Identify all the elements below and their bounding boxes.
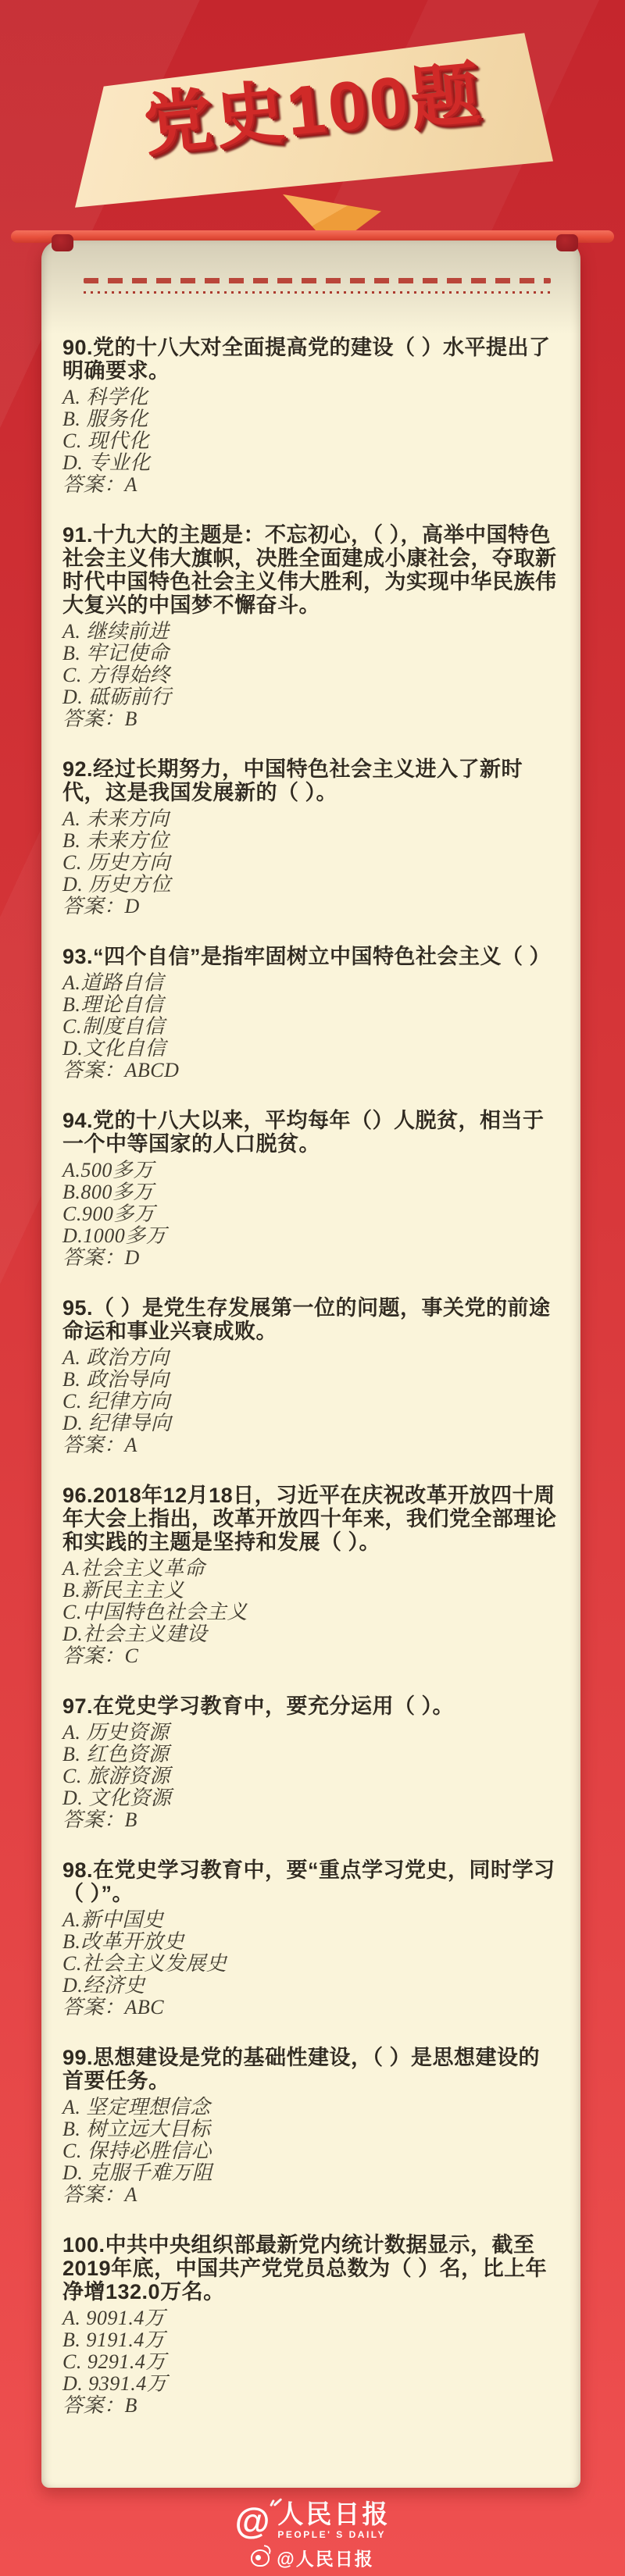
question-title: 97.在党史学习教育中，要充分运用（ ）。 <box>62 1694 560 1718</box>
peoples-daily-logo: @ 人民日报 PEOPLE' S DAILY <box>235 2501 391 2539</box>
option-item: D. 克服千难万阻 <box>62 2162 560 2184</box>
option-item: A. 未来方向 <box>62 808 560 830</box>
option-item: A.新中国史 <box>62 1909 560 1931</box>
question-text: 党的十八大对全面提高党的建设（ ）水平提出了明确要求。 <box>62 336 551 383</box>
weibo-text: @人民日报 <box>277 2545 373 2571</box>
answer-line: 答案：B <box>62 2395 560 2417</box>
question-number: 90. <box>62 336 93 359</box>
option-item: D.文化自信 <box>62 1038 560 1060</box>
answer-value: B <box>125 2394 137 2417</box>
answer-value: C <box>125 1644 139 1667</box>
question-number: 92. <box>62 757 93 781</box>
rod-knob-right <box>556 234 578 251</box>
question-number: 100. <box>62 2233 105 2257</box>
question-number: 91. <box>62 523 93 547</box>
poster-background: { "banner": { "title": "党史100题" }, "pape… <box>0 0 625 2576</box>
option-list: A.500多万B.800多万C.900多万D.1000多万 <box>62 1160 560 1247</box>
option-item: B. 政治导向 <box>62 1369 560 1391</box>
option-item: D. 文化资源 <box>62 1787 560 1809</box>
answer-line: 答案：A <box>62 1434 560 1456</box>
answer-line: 答案：D <box>62 1247 560 1269</box>
option-item: C.社会主义发展史 <box>62 1953 560 1975</box>
question-block: 100.中共中央组织部最新党内统计数据显示，截至2019年底，中国共产党党员总数… <box>62 2233 560 2417</box>
option-item: D. 砥砺前行 <box>62 686 560 708</box>
quiz-paper: 90.党的十八大对全面提高党的建设（ ）水平提出了明确要求。 A. 科学化B. … <box>41 240 580 2488</box>
option-list: A.道路自信B.理论自信C.制度自信D.文化自信 <box>62 972 560 1060</box>
option-item: C.中国特色社会主义 <box>62 1602 560 1623</box>
question-text: 在党史学习教育中，要充分运用（ ）。 <box>93 1694 454 1718</box>
question-block: 92.经过长期努力，中国特色社会主义进入了新时代，这是我国发展新的（ ）。 A.… <box>62 757 560 917</box>
answer-line: 答案：A <box>62 2184 560 2206</box>
answer-line: 答案：ABCD <box>62 1060 560 1081</box>
option-item: D. 纪律导向 <box>62 1413 560 1434</box>
answer-value: ABC <box>125 1996 165 2018</box>
option-item: B.800多万 <box>62 1181 560 1203</box>
option-list: A. 未来方向B. 未来方位C. 历史方向D. 历史方位 <box>62 808 560 896</box>
option-item: A. 9091.4万 <box>62 2307 560 2329</box>
questions: 90.党的十八大对全面提高党的建设（ ）水平提出了明确要求。 A. 科学化B. … <box>41 294 580 2475</box>
answer-label: 答案： <box>62 1059 125 1081</box>
question-title: 94.党的十八大以来，平均每年（）人脱贫，相当于一个中等国家的人口脱贫。 <box>62 1109 560 1156</box>
option-item: B. 树立远大目标 <box>62 2118 560 2140</box>
title-banner: 党史100题 <box>75 31 553 209</box>
answer-value: D <box>125 895 140 917</box>
option-item: C. 旅游资源 <box>62 1765 560 1787</box>
answer-label: 答案： <box>62 1644 125 1667</box>
answer-label: 答案： <box>62 1808 125 1831</box>
option-list: A. 科学化B. 服务化C. 现代化D. 专业化 <box>62 387 560 474</box>
option-list: A. 9091.4万B. 9191.4万C. 9291.4万D. 9391.4万 <box>62 2307 560 2395</box>
option-item: D.经济史 <box>62 1975 560 1997</box>
answer-value: D <box>125 1246 140 1269</box>
option-item: C. 9291.4万 <box>62 2351 560 2373</box>
question-text: （ ）是党生存发展第一位的问题，事关党的前途命运和事业兴衰成败。 <box>62 1296 551 1343</box>
question-title: 100.中共中央组织部最新党内统计数据显示，截至2019年底，中国共产党党员总数… <box>62 2233 560 2303</box>
option-list: A. 坚定理想信念B. 树立远大目标C. 保持必胜信心D. 克服千难万阻 <box>62 2097 560 2184</box>
rod-knob-left <box>52 234 73 251</box>
question-text: 在党史学习教育中，要“重点学习党史，同时学习（ ）”。 <box>62 1858 555 1905</box>
answer-line: 答案：B <box>62 1809 560 1831</box>
option-item: C. 保持必胜信心 <box>62 2140 560 2162</box>
option-item: B. 红色资源 <box>62 1744 560 1765</box>
option-item: C.制度自信 <box>62 1016 560 1038</box>
at-icon: @ <box>235 2503 270 2539</box>
question-block: 91.十九大的主题是：不忘初心，（ ），高举中国特色社会主义伟大旗帜，决胜全面建… <box>62 523 560 730</box>
answer-label: 答案： <box>62 2183 125 2206</box>
option-item: B. 未来方位 <box>62 830 560 852</box>
answer-value: ABCD <box>125 1059 180 1081</box>
question-text: 党的十八大以来，平均每年（）人脱贫，相当于一个中等国家的人口脱贫。 <box>62 1109 545 1156</box>
option-item: A.道路自信 <box>62 972 560 994</box>
question-block: 98.在党史学习教育中，要“重点学习党史，同时学习（ ）”。 A.新中国史B.改… <box>62 1858 560 2018</box>
option-item: B.新民主主义 <box>62 1580 560 1602</box>
answer-label: 答案： <box>62 1246 125 1269</box>
question-block: 90.党的十八大对全面提高党的建设（ ）水平提出了明确要求。 A. 科学化B. … <box>62 336 560 496</box>
question-title: 91.十九大的主题是：不忘初心，（ ），高举中国特色社会主义伟大旗帜，决胜全面建… <box>62 523 560 617</box>
question-title: 95.（ ）是党生存发展第一位的问题，事关党的前途命运和事业兴衰成败。 <box>62 1296 560 1343</box>
answer-line: 答案：A <box>62 474 560 496</box>
footer: @ 人民日报 PEOPLE' S DAILY @人民日报 <box>0 2496 625 2576</box>
answer-line: 答案：ABC <box>62 1997 560 2018</box>
question-text: 2018年12月18日，习近平在庆祝改革开放四十周年大会上指出，改革开放四十年来… <box>62 1484 557 1554</box>
option-item: C. 现代化 <box>62 430 560 452</box>
question-number: 99. <box>62 2046 93 2069</box>
question-number: 96. <box>62 1484 93 1507</box>
answer-label: 答案： <box>62 473 125 496</box>
answer-value: B <box>125 707 137 730</box>
answer-label: 答案： <box>62 895 125 917</box>
option-list: A.社会主义革命B.新民主主义C.中国特色社会主义D.社会主义建设 <box>62 1558 560 1645</box>
weibo-handle: @人民日报 <box>251 2545 373 2571</box>
option-item: B. 牢记使命 <box>62 643 560 664</box>
option-item: D. 历史方位 <box>62 874 560 896</box>
question-title: 92.经过长期努力，中国特色社会主义进入了新时代，这是我国发展新的（ ）。 <box>62 757 560 804</box>
question-text: 思想建设是党的基础性建设，（ ）是思想建设的首要任务。 <box>62 2046 540 2093</box>
question-text: 中共中央组织部最新党内统计数据显示，截至2019年底，中国共产党党员总数为（ ）… <box>62 2233 547 2303</box>
question-number: 95. <box>62 1296 93 1320</box>
brand-name: 人民日报 <box>277 2501 390 2527</box>
option-item: A. 继续前进 <box>62 621 560 643</box>
question-block: 94.党的十八大以来，平均每年（）人脱贫，相当于一个中等国家的人口脱贫。 A.5… <box>62 1109 560 1269</box>
option-item: A. 坚定理想信念 <box>62 2097 560 2118</box>
option-item: C. 方得始终 <box>62 664 560 686</box>
question-title: 96.2018年12月18日，习近平在庆祝改革开放四十周年大会上指出，改革开放四… <box>62 1484 560 1554</box>
option-item: C. 历史方向 <box>62 852 560 874</box>
question-text: 十九大的主题是：不忘初心，（ ），高举中国特色社会主义伟大旗帜，决胜全面建成小康… <box>62 523 557 617</box>
option-item: A.社会主义革命 <box>62 1558 560 1580</box>
question-block: 96.2018年12月18日，习近平在庆祝改革开放四十周年大会上指出，改革开放四… <box>62 1484 560 1667</box>
option-item: C.900多万 <box>62 1203 560 1225</box>
question-number: 93. <box>62 945 93 968</box>
option-list: A. 继续前进B. 牢记使命C. 方得始终D. 砥砺前行 <box>62 621 560 708</box>
question-title: 98.在党史学习教育中，要“重点学习党史，同时学习（ ）”。 <box>62 1858 560 1905</box>
option-item: A. 科学化 <box>62 387 560 408</box>
question-title: 90.党的十八大对全面提高党的建设（ ）水平提出了明确要求。 <box>62 336 560 383</box>
question-title: 93.“四个自信”是指牢固树立中国特色社会主义（ ） <box>62 945 560 968</box>
answer-value: A <box>125 2183 137 2206</box>
paper-top-shadow <box>41 240 580 334</box>
answer-value: A <box>125 1434 137 1456</box>
option-list: A. 政治方向B. 政治导向C. 纪律方向D. 纪律导向 <box>62 1347 560 1434</box>
option-item: B. 9191.4万 <box>62 2329 560 2351</box>
option-item: D.社会主义建设 <box>62 1623 560 1645</box>
question-block: 99.思想建设是党的基础性建设，（ ）是思想建设的首要任务。 A. 坚定理想信念… <box>62 2046 560 2206</box>
option-item: D.1000多万 <box>62 1225 560 1247</box>
option-item: A. 政治方向 <box>62 1347 560 1369</box>
answer-line: 答案：D <box>62 896 560 917</box>
option-list: A. 历史资源B. 红色资源C. 旅游资源D. 文化资源 <box>62 1722 560 1809</box>
question-block: 93.“四个自信”是指牢固树立中国特色社会主义（ ） A.道路自信B.理论自信C… <box>62 945 560 1081</box>
answer-label: 答案： <box>62 1996 125 2018</box>
option-item: B. 服务化 <box>62 408 560 430</box>
answer-label: 答案： <box>62 2394 125 2417</box>
option-item: A. 历史资源 <box>62 1722 560 1744</box>
answer-value: B <box>125 1808 137 1831</box>
option-item: D. 9391.4万 <box>62 2373 560 2395</box>
question-text: “四个自信”是指牢固树立中国特色社会主义（ ） <box>93 945 551 968</box>
question-block: 95.（ ）是党生存发展第一位的问题，事关党的前途命运和事业兴衰成败。 A. 政… <box>62 1296 560 1456</box>
answer-label: 答案： <box>62 707 125 730</box>
question-title: 99.思想建设是党的基础性建设，（ ）是思想建设的首要任务。 <box>62 2046 560 2093</box>
weibo-icon <box>251 2549 270 2567</box>
option-item: A.500多万 <box>62 1160 560 1181</box>
option-list: A.新中国史B.改革开放史C.社会主义发展史D.经济史 <box>62 1909 560 1997</box>
question-block: 97.在党史学习教育中，要充分运用（ ）。 A. 历史资源B. 红色资源C. 旅… <box>62 1694 560 1831</box>
question-number: 94. <box>62 1109 93 1132</box>
option-item: B.理论自信 <box>62 994 560 1016</box>
option-item: B.改革开放史 <box>62 1931 560 1953</box>
answer-label: 答案： <box>62 1434 125 1456</box>
question-number: 97. <box>62 1694 93 1718</box>
question-text: 经过长期努力，中国特色社会主义进入了新时代，这是我国发展新的（ ）。 <box>62 757 523 804</box>
brand-subtitle: PEOPLE' S DAILY <box>277 2530 390 2539</box>
option-item: C. 纪律方向 <box>62 1391 560 1413</box>
answer-value: A <box>125 473 137 496</box>
option-item: D. 专业化 <box>62 452 560 474</box>
answer-line: 答案：C <box>62 1645 560 1667</box>
question-number: 98. <box>62 1858 93 1882</box>
answer-line: 答案：B <box>62 708 560 730</box>
